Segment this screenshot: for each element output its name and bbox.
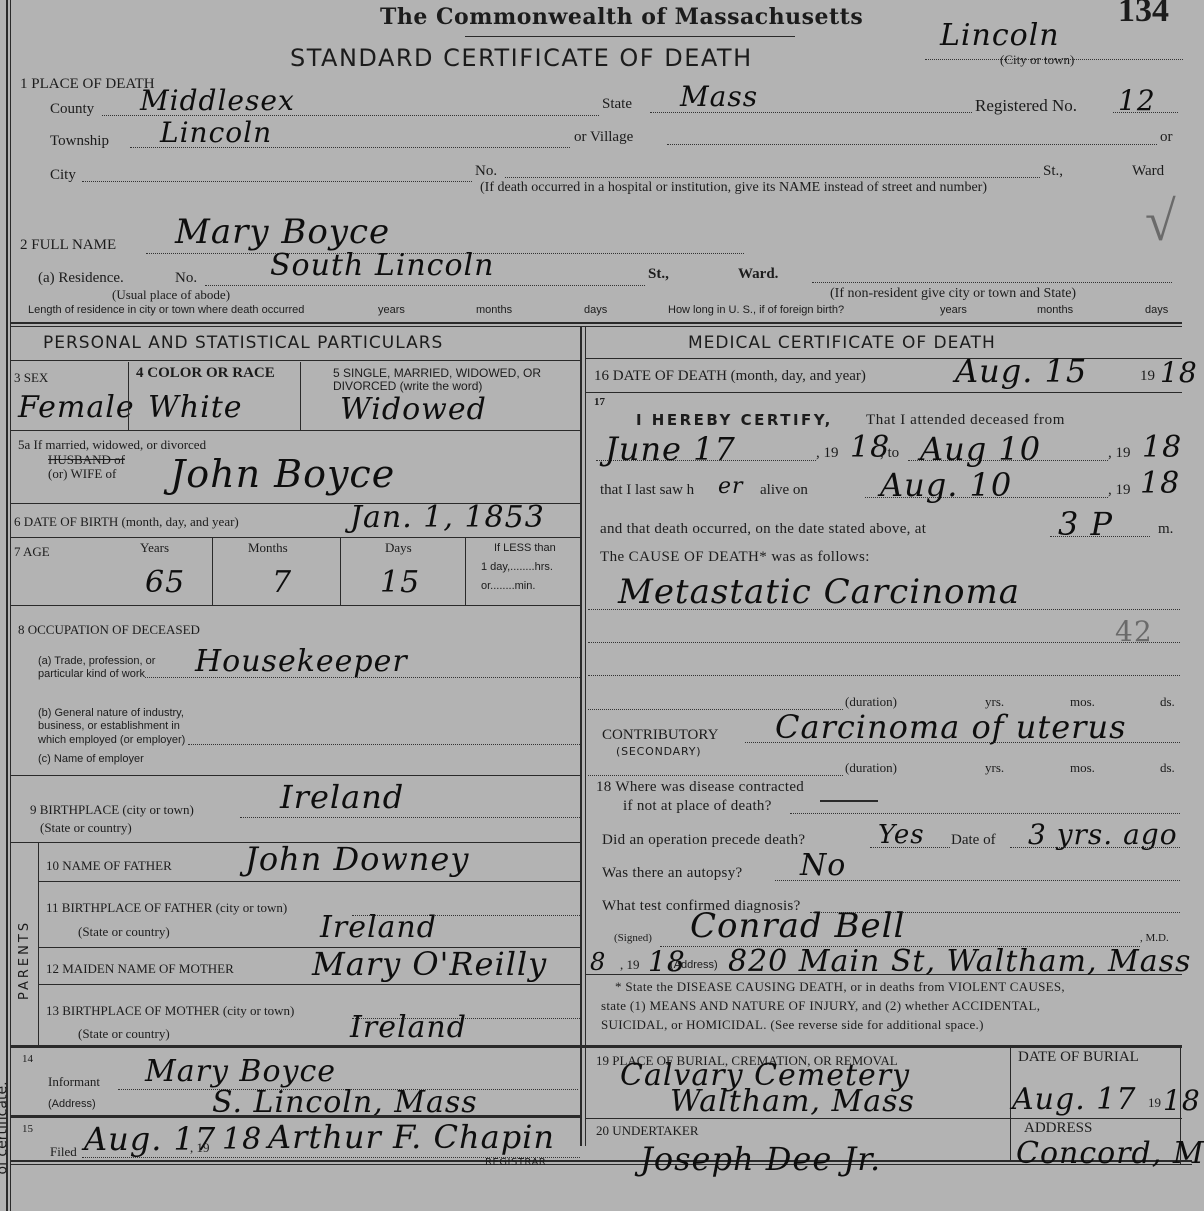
industry-label-2: business, or establishment in [38,720,180,732]
signed-year-prefix: , 19 [620,957,640,973]
township-label: Township [50,133,109,150]
father-birthplace-value: Ireland [320,910,437,945]
to-date-value: Aug 10 [920,430,1041,468]
certify-number: 17 [594,396,605,408]
section-divider-top [10,322,1182,324]
filed-label: Filed [50,1144,77,1160]
residence-value: South Lincoln [270,248,494,283]
parents-label: PARENTS [17,920,32,1000]
divider [10,430,580,431]
divider [10,537,580,538]
nonresident-line [812,271,1172,283]
commonwealth-title: The Commonwealth of Massachusetts [380,4,863,30]
document-title: STANDARD CERTIFICATE OF DEATH [290,44,753,72]
cause-line-2 [588,633,1180,643]
length-months-label: months [476,304,512,316]
divider [38,881,580,882]
registrar-value: Arthur F. Chapin [268,1118,555,1156]
certify-bold: I HEREBY CERTIFY, [636,411,833,429]
signed-day: 8 [590,948,606,976]
note-line-2: state (1) MEANS AND NATURE OF INJURY, an… [601,998,1040,1014]
trade-value: Housekeeper [195,644,408,679]
place-of-death-label: 1 PLACE OF DEATH [20,76,155,93]
where-contracted-line [790,804,1180,814]
operation-label: Did an operation precede death? [602,832,805,849]
marital-label-2: DIVORCED (write the word) [333,379,482,393]
months-value: 7 [272,565,292,600]
informant-label: Informant [48,1074,100,1090]
mother-label: 12 MAIDEN NAME OF MOTHER [46,961,234,977]
length-years-label: years [378,304,405,316]
contributory-ds-label: ds. [1160,760,1175,776]
pencil-note: 42 [1115,615,1153,648]
contributory-duration-line [588,766,843,776]
trade-label-1: (a) Trade, profession, or [38,655,155,667]
birthplace-label: 9 BIRTHPLACE (city or town) [30,802,194,818]
undertaker-address-label: ADDRESS [1024,1120,1092,1137]
length-residence-label: Length of residence in city or town wher… [28,304,304,316]
cause-line-3 [588,666,1180,676]
less-than-label-1: If LESS than [494,542,556,554]
where-contracted-dash [820,800,878,802]
cause-label: The CAUSE OF DEATH* was as follows: [600,549,870,566]
undertaker-address-value: Concord, Mass [1016,1136,1204,1171]
divider [1010,1048,1011,1160]
left-border [6,0,8,1211]
county-label: County [50,101,94,118]
divider [38,984,580,985]
state-label: State [602,96,632,113]
less-than-label-2: 1 day,........hrs. [481,561,553,573]
burial-year-suffix: 18 [1163,1084,1201,1117]
informant-address-label: (Address) [48,1098,96,1110]
abode-note: (Usual place of abode) [112,287,230,303]
foreign-days-label: days [1145,304,1168,316]
divider [10,360,580,361]
contributory-mos-label: mos. [1070,760,1095,776]
date-of-death-value: Aug. 15 [955,352,1087,390]
informant-number: 14 [22,1053,33,1065]
personal-heading: PERSONAL AND STATISTICAL PARTICULARS [43,333,443,353]
ward-label: Ward [1132,163,1164,180]
burial-value-2: Waltham, Mass [670,1084,915,1119]
signed-value: Conrad Bell [690,906,905,946]
to-year-prefix: , 19 [1108,445,1131,462]
where-contracted-label-2: if not at place of death? [623,798,772,815]
registered-label: Registered No. [975,96,1077,116]
residence-ward-label: Ward. [738,266,778,283]
foreign-label: How long in U. S., if of foreign birth? [668,304,844,316]
township-value: Lincoln [160,116,272,149]
years-value: 65 [145,565,185,600]
length-days-label: days [584,304,607,316]
years-label: Years [140,540,169,556]
contributory-yrs-label: yrs. [985,760,1004,776]
where-contracted-label: 18 Where was disease contracted [596,779,804,796]
full-name-label: 2 FULL NAME [20,237,116,254]
father-value: John Downey [245,840,469,878]
medical-heading: MEDICAL CERTIFICATE OF DEATH [688,333,996,353]
doctor-address-value: 820 Main St, Waltham, Mass [728,944,1191,979]
undertaker-value: Joseph Dee Jr. [640,1140,881,1178]
burial-date-value: Aug. 17 [1012,1082,1136,1117]
mother-value: Mary O'Reilly [312,945,547,983]
contributory-value: Carcinoma of uterus [775,708,1127,746]
address-label: (Address) [670,959,718,971]
date-of-label: Date of [951,832,996,849]
birthplace-value: Ireland [280,778,404,816]
industry-line [188,735,580,745]
street-line [505,166,1040,178]
section-divider-top-2 [10,326,1182,327]
industry-label-3: which employed (or employer) [38,734,185,746]
page-number: 134 [1118,0,1169,30]
divider [300,362,301,430]
divider [10,775,580,776]
bottom-border-2 [10,1164,1192,1165]
race-label: 4 COLOR OR RACE [136,365,275,382]
spouse-label: 5a If married, widowed, or divorced [18,437,206,453]
divider [128,362,129,430]
divider [586,358,1182,359]
column-divider [580,326,582,1146]
wife-label: (or) WIFE of [48,466,116,482]
days-label: Days [385,540,412,556]
mother-birthplace-sub: (State or country) [78,1026,170,1042]
city-town-value: Lincoln [940,18,1060,53]
informant-value: Mary Boyce [145,1054,336,1089]
filed-number: 15 [22,1123,33,1135]
less-than-label-3: or........min. [481,580,535,592]
village-line [667,133,1157,145]
divider [10,1045,1182,1048]
last-saw-label: that I last saw h [600,482,694,499]
date-of-death-year-suffix: 18 [1160,356,1198,389]
marital-label-1: 5 SINGLE, MARRIED, WIDOWED, OR [333,366,541,380]
filed-year-suffix: 18 [222,1122,262,1157]
undertaker-label: 20 UNDERTAKER [596,1123,699,1139]
alive-on-label: alive on [760,482,808,499]
spouse-value: John Boyce [170,452,395,496]
from-year-prefix: , 19 [816,445,839,462]
residence-st-label: St., [648,266,669,283]
occurred-label: and that death occurred, on the date sta… [600,521,926,538]
full-name-value: Mary Boyce [175,212,390,252]
age-label: 7 AGE [14,544,50,560]
race-value: White [148,390,243,425]
hospital-note: (If death occurred in a hospital or inst… [480,180,987,196]
divider [10,605,580,606]
to-year-suffix: 18 [1142,430,1182,465]
mother-birthplace-label: 13 BIRTHPLACE OF MOTHER (city or town) [46,1003,294,1019]
check-mark-icon: √ [1145,190,1176,254]
no-label: No. [475,163,497,180]
contributory-duration-label: (duration) [845,760,897,776]
foreign-months-label: months [1037,304,1073,316]
birthplace-sub: (State or country) [40,820,132,836]
date-of-death-year-prefix: 19 [1140,368,1155,385]
divider [586,1118,1182,1119]
industry-label-1: (b) General nature of industry, [38,707,184,719]
father-birthplace-label: 11 BIRTHPLACE OF FATHER (city or town) [46,900,287,916]
bottom-border [10,1160,1192,1162]
alive-date-value: Aug. 10 [880,466,1012,504]
autopsy-value: No [800,848,846,883]
sex-value: Female [18,390,135,425]
foreign-years-label: years [940,304,967,316]
to-label: , to [880,445,899,462]
occupation-label: 8 OCCUPATION OF DECEASED [18,622,200,638]
alive-year-suffix: 18 [1140,466,1180,501]
residence-label: (a) Residence. [38,270,124,287]
dob-label: 6 DATE OF BIRTH (month, day, and year) [14,514,239,530]
registered-value: 12 [1118,84,1156,117]
divider [465,538,466,605]
contributory-label: CONTRIBUTORY [602,727,718,744]
or-village-label: or Village [574,129,633,146]
city-town-label: (City or town) [1000,52,1074,68]
divider [586,392,1182,393]
or-label: or [1160,129,1173,146]
md-label: , M.D. [1140,932,1169,944]
filed-year-prefix: , 19 [190,1140,210,1156]
marital-value: Widowed [340,392,487,427]
mother-birthplace-value: Ireland [350,1010,467,1045]
column-divider-2 [585,326,586,1146]
father-label: 10 NAME OF FATHER [46,858,172,874]
autopsy-label: Was there an autopsy? [602,865,742,882]
county-value: Middlesex [140,84,295,117]
divider [38,843,39,1045]
employer-label: (c) Name of employer [38,753,144,765]
sex-label: 3 SEX [14,370,48,386]
dob-value: Jan. 1, 1853 [350,500,545,535]
city-line [82,170,472,182]
nonresident-note: (If non-resident give city or town and S… [830,286,1076,302]
time-value: 3 P [1058,505,1113,543]
city-label: City [50,167,76,184]
date-of-death-label: 16 DATE OF DEATH (month, day, and year) [594,368,866,385]
burial-year-prefix: 19 [1148,1095,1161,1111]
side-text: of certificate. [0,1081,11,1174]
registrar-label: REGISTRAR [485,1157,546,1168]
burial-date-label: DATE OF BURIAL [1018,1049,1139,1066]
divider [340,538,341,605]
last-saw-pronoun: er [718,474,744,499]
date-of-value: 3 yrs. ago [1028,818,1178,851]
state-value: Mass [680,80,758,113]
note-line-3: SUICIDAL, or HOMICIDAL. (See reverse sid… [601,1017,984,1033]
divider [212,538,213,605]
operation-value: Yes [878,820,925,850]
secondary-label: (SECONDARY) [616,745,701,758]
trade-label-2: particular kind of work [38,668,145,680]
days-value: 15 [380,565,420,600]
months-label: Months [248,540,288,556]
m-label: m. [1158,521,1173,538]
ds-label: ds. [1160,694,1175,710]
residence-no-label: No. [175,270,197,287]
title-underline [465,36,795,37]
alive-year-prefix: , 19 [1108,482,1131,499]
from-date-value: June 17 [605,430,736,468]
st-label: St., [1043,163,1063,180]
father-birthplace-sub: (State or country) [78,924,170,940]
certify-text: That I attended deceased from [866,412,1065,429]
note-line-1: * State the DISEASE CAUSING DEATH, or in… [615,979,1065,995]
cause-value: Metastatic Carcinoma [618,572,1020,612]
signed-label: (Signed) [614,932,652,944]
